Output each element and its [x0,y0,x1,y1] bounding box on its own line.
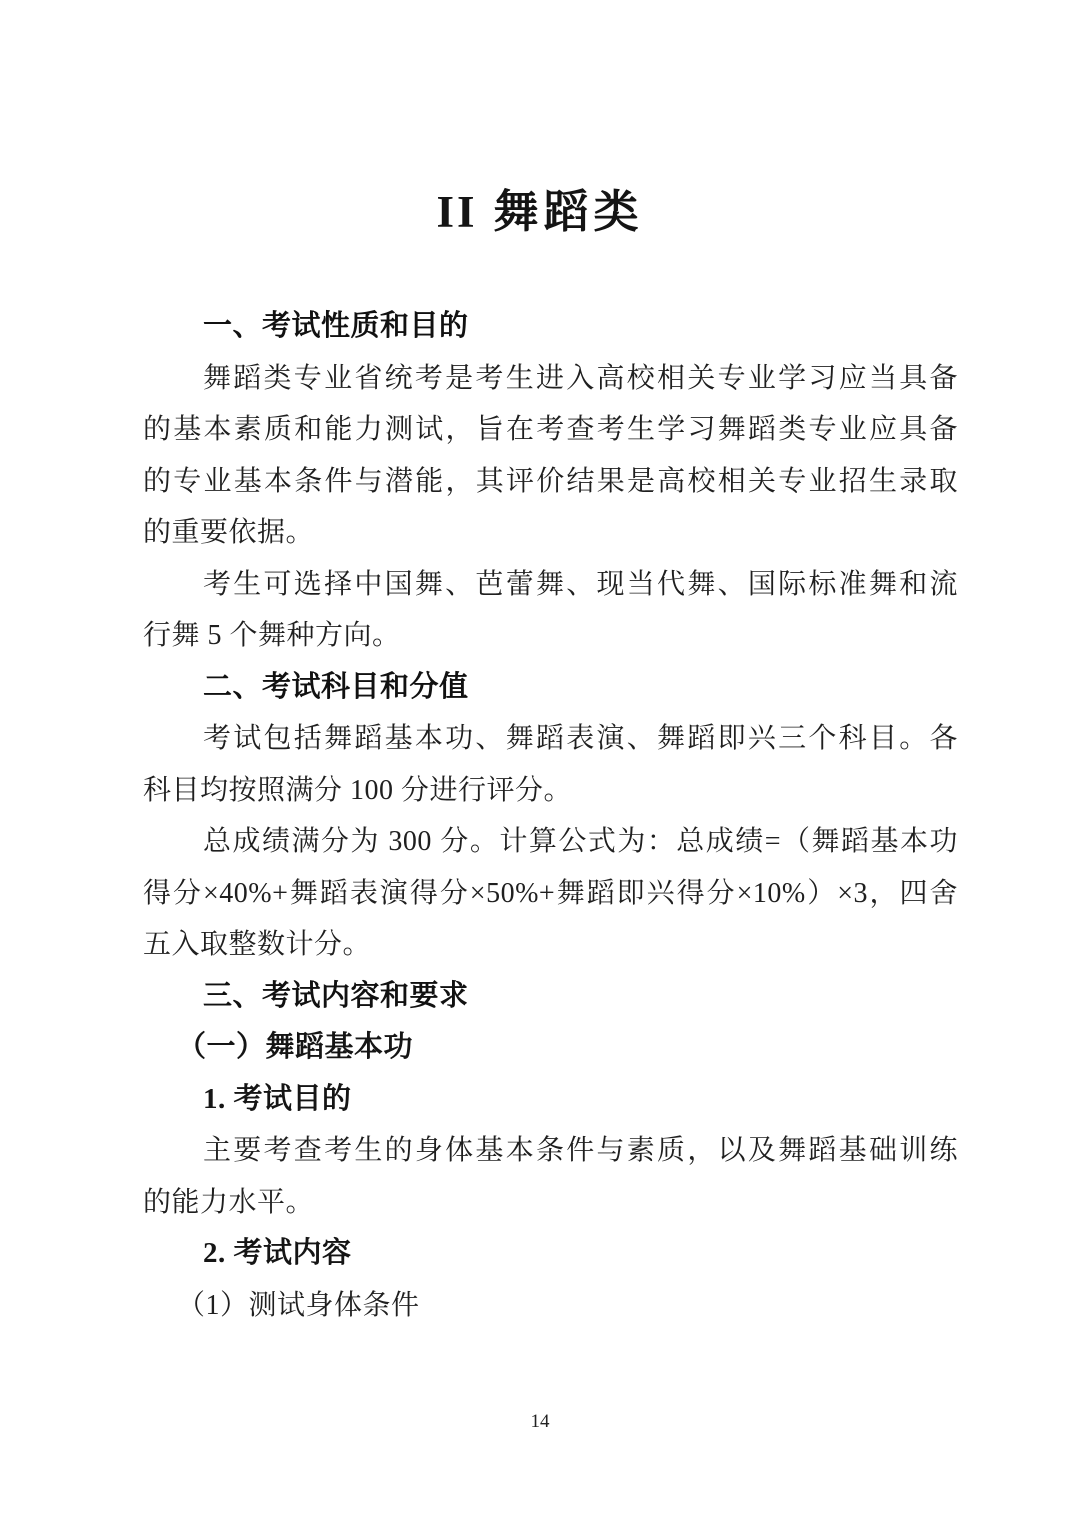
document-line: 主要考查考生的身体基本条件与素质，以及舞蹈基础训练 [143,1125,958,1177]
document-line: 行舞 5 个舞种方向。 [143,610,958,662]
document-line: （1）测试身体条件 [143,1280,958,1332]
document-body: 一、考试性质和目的舞蹈类专业省统考是考生进入高校相关专业学习应当具备的基本素质和… [143,301,958,1331]
document-line: 的能力水平。 [143,1177,958,1229]
document-line: 的基本素质和能力测试，旨在考查考生学习舞蹈类专业应具备 [143,404,958,456]
document-line: 五入取整数计分。 [143,919,958,971]
document-line: 考生可选择中国舞、芭蕾舞、现当代舞、国际标准舞和流 [143,559,958,611]
document-line: 得分×40%+舞蹈表演得分×50%+舞蹈即兴得分×10%）×3，四舍 [143,868,958,920]
document-line: 舞蹈类专业省统考是考生进入高校相关专业学习应当具备 [143,353,958,405]
document-line: 的专业基本条件与潜能，其评价结果是高校相关专业招生录取 [143,456,958,508]
document-line: （一）舞蹈基本功 [143,1022,958,1074]
document-line: 1. 考试目的 [143,1074,958,1126]
document-line: 科目均按照满分 100 分进行评分。 [143,765,958,817]
document-line: 一、考试性质和目的 [143,301,958,353]
document-line: 三、考试内容和要求 [143,971,958,1023]
document-page: II舞蹈类 一、考试性质和目的舞蹈类专业省统考是考生进入高校相关专业学习应当具备… [0,0,1080,1529]
document-line: 2. 考试内容 [143,1228,958,1280]
document-line: 考试包括舞蹈基本功、舞蹈表演、舞蹈即兴三个科目。各 [143,713,958,765]
document-line: 二、考试科目和分值 [143,662,958,714]
page-title-text: 舞蹈类 [494,186,644,237]
document-line: 的重要依据。 [143,507,958,559]
document-line: 总成绩满分为 300 分。计算公式为：总成绩=（舞蹈基本功 [143,816,958,868]
page-title: II舞蹈类 [0,184,1080,240]
page-title-roman-numeral: II [436,187,477,237]
page-number: 14 [0,1408,1080,1436]
